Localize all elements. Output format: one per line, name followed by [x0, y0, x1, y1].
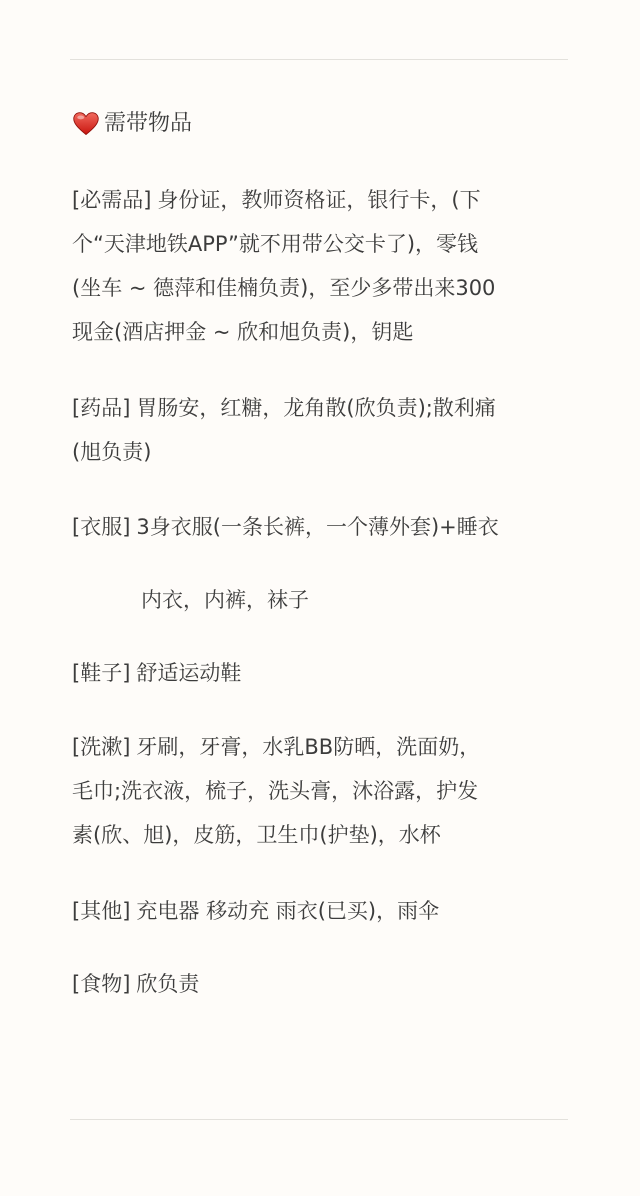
section-wash: [洗漱]牙刷，牙膏，水乳BB防晒，洗面奶， 毛巾;洗衣液，梳子，洗头膏，沐浴露，…: [72, 725, 572, 857]
section-line: 素(欣、旭)，皮筋，卫生巾(护垫)，水杯: [72, 813, 572, 857]
section-medicine: [药品]胃肠安，红糖，龙角散(欣负责);散利痛 (旭负责): [72, 386, 572, 474]
section-label: [药品]: [72, 396, 130, 420]
section-essentials: [必需品]身份证，教师资格证，银行卡，(下 个“天津地铁APP”就不用带公交卡了…: [72, 178, 572, 354]
section-line: 现金(酒店押金 ~ 欣和旭负责)，钥匙: [72, 310, 572, 354]
section-label: [衣服]: [72, 515, 130, 539]
section-line: [鞋子]舒适运动鞋: [72, 651, 572, 695]
section-text: 充电器 移动充 雨衣(已买)，雨伞: [136, 899, 439, 923]
section-label: [食物]: [72, 972, 130, 996]
section-line: 内衣，内裤，袜子: [141, 578, 640, 622]
section-line: [洗漱]牙刷，牙膏，水乳BB防晒，洗面奶，: [72, 725, 572, 769]
section-other: [其他]充电器 移动充 雨衣(已买)，雨伞: [72, 889, 572, 933]
section-text: 身份证，教师资格证，银行卡，(下: [157, 188, 480, 212]
section-heading: 需带物品: [72, 108, 192, 140]
bottom-divider: [70, 1119, 568, 1120]
section-line: [必需品]身份证，教师资格证，银行卡，(下: [72, 178, 572, 222]
section-text: 牙刷，牙膏，水乳BB防晒，洗面奶，: [136, 735, 480, 759]
section-line: [药品]胃肠安，红糖，龙角散(欣负责);散利痛: [72, 386, 572, 430]
section-text: 欣负责: [136, 972, 199, 996]
section-text: 舒适运动鞋: [136, 661, 241, 685]
top-divider: [70, 59, 568, 60]
section-label: [鞋子]: [72, 661, 130, 685]
section-line: (旭负责): [72, 430, 572, 474]
section-text: 胃肠安，红糖，龙角散(欣负责);散利痛: [136, 396, 495, 420]
section-label: [必需品]: [72, 188, 151, 212]
section-line: (坐车 ~ 德萍和佳楠负责)，至少多带出来300: [72, 266, 572, 310]
section-line: 个“天津地铁APP”就不用带公交卡了)，零钱: [72, 222, 572, 266]
heart-icon: [72, 110, 100, 138]
section-food: [食物]欣负责: [72, 962, 572, 1006]
section-shoes: [鞋子]舒适运动鞋: [72, 651, 572, 695]
section-text: 3身衣服(一条长裤，一个薄外套)+睡衣: [136, 515, 498, 539]
section-line: [食物]欣负责: [72, 962, 572, 1006]
section-clothes-sub: 内衣，内裤，袜子: [141, 578, 640, 622]
section-line: [衣服]3身衣服(一条长裤，一个薄外套)+睡衣: [72, 505, 572, 549]
section-line: [其他]充电器 移动充 雨衣(已买)，雨伞: [72, 889, 572, 933]
section-clothes: [衣服]3身衣服(一条长裤，一个薄外套)+睡衣: [72, 505, 572, 549]
heading-title: 需带物品: [104, 108, 192, 140]
section-label: [其他]: [72, 899, 130, 923]
section-line: 毛巾;洗衣液，梳子，洗头膏，沐浴露，护发: [72, 769, 572, 813]
section-label: [洗漱]: [72, 735, 130, 759]
